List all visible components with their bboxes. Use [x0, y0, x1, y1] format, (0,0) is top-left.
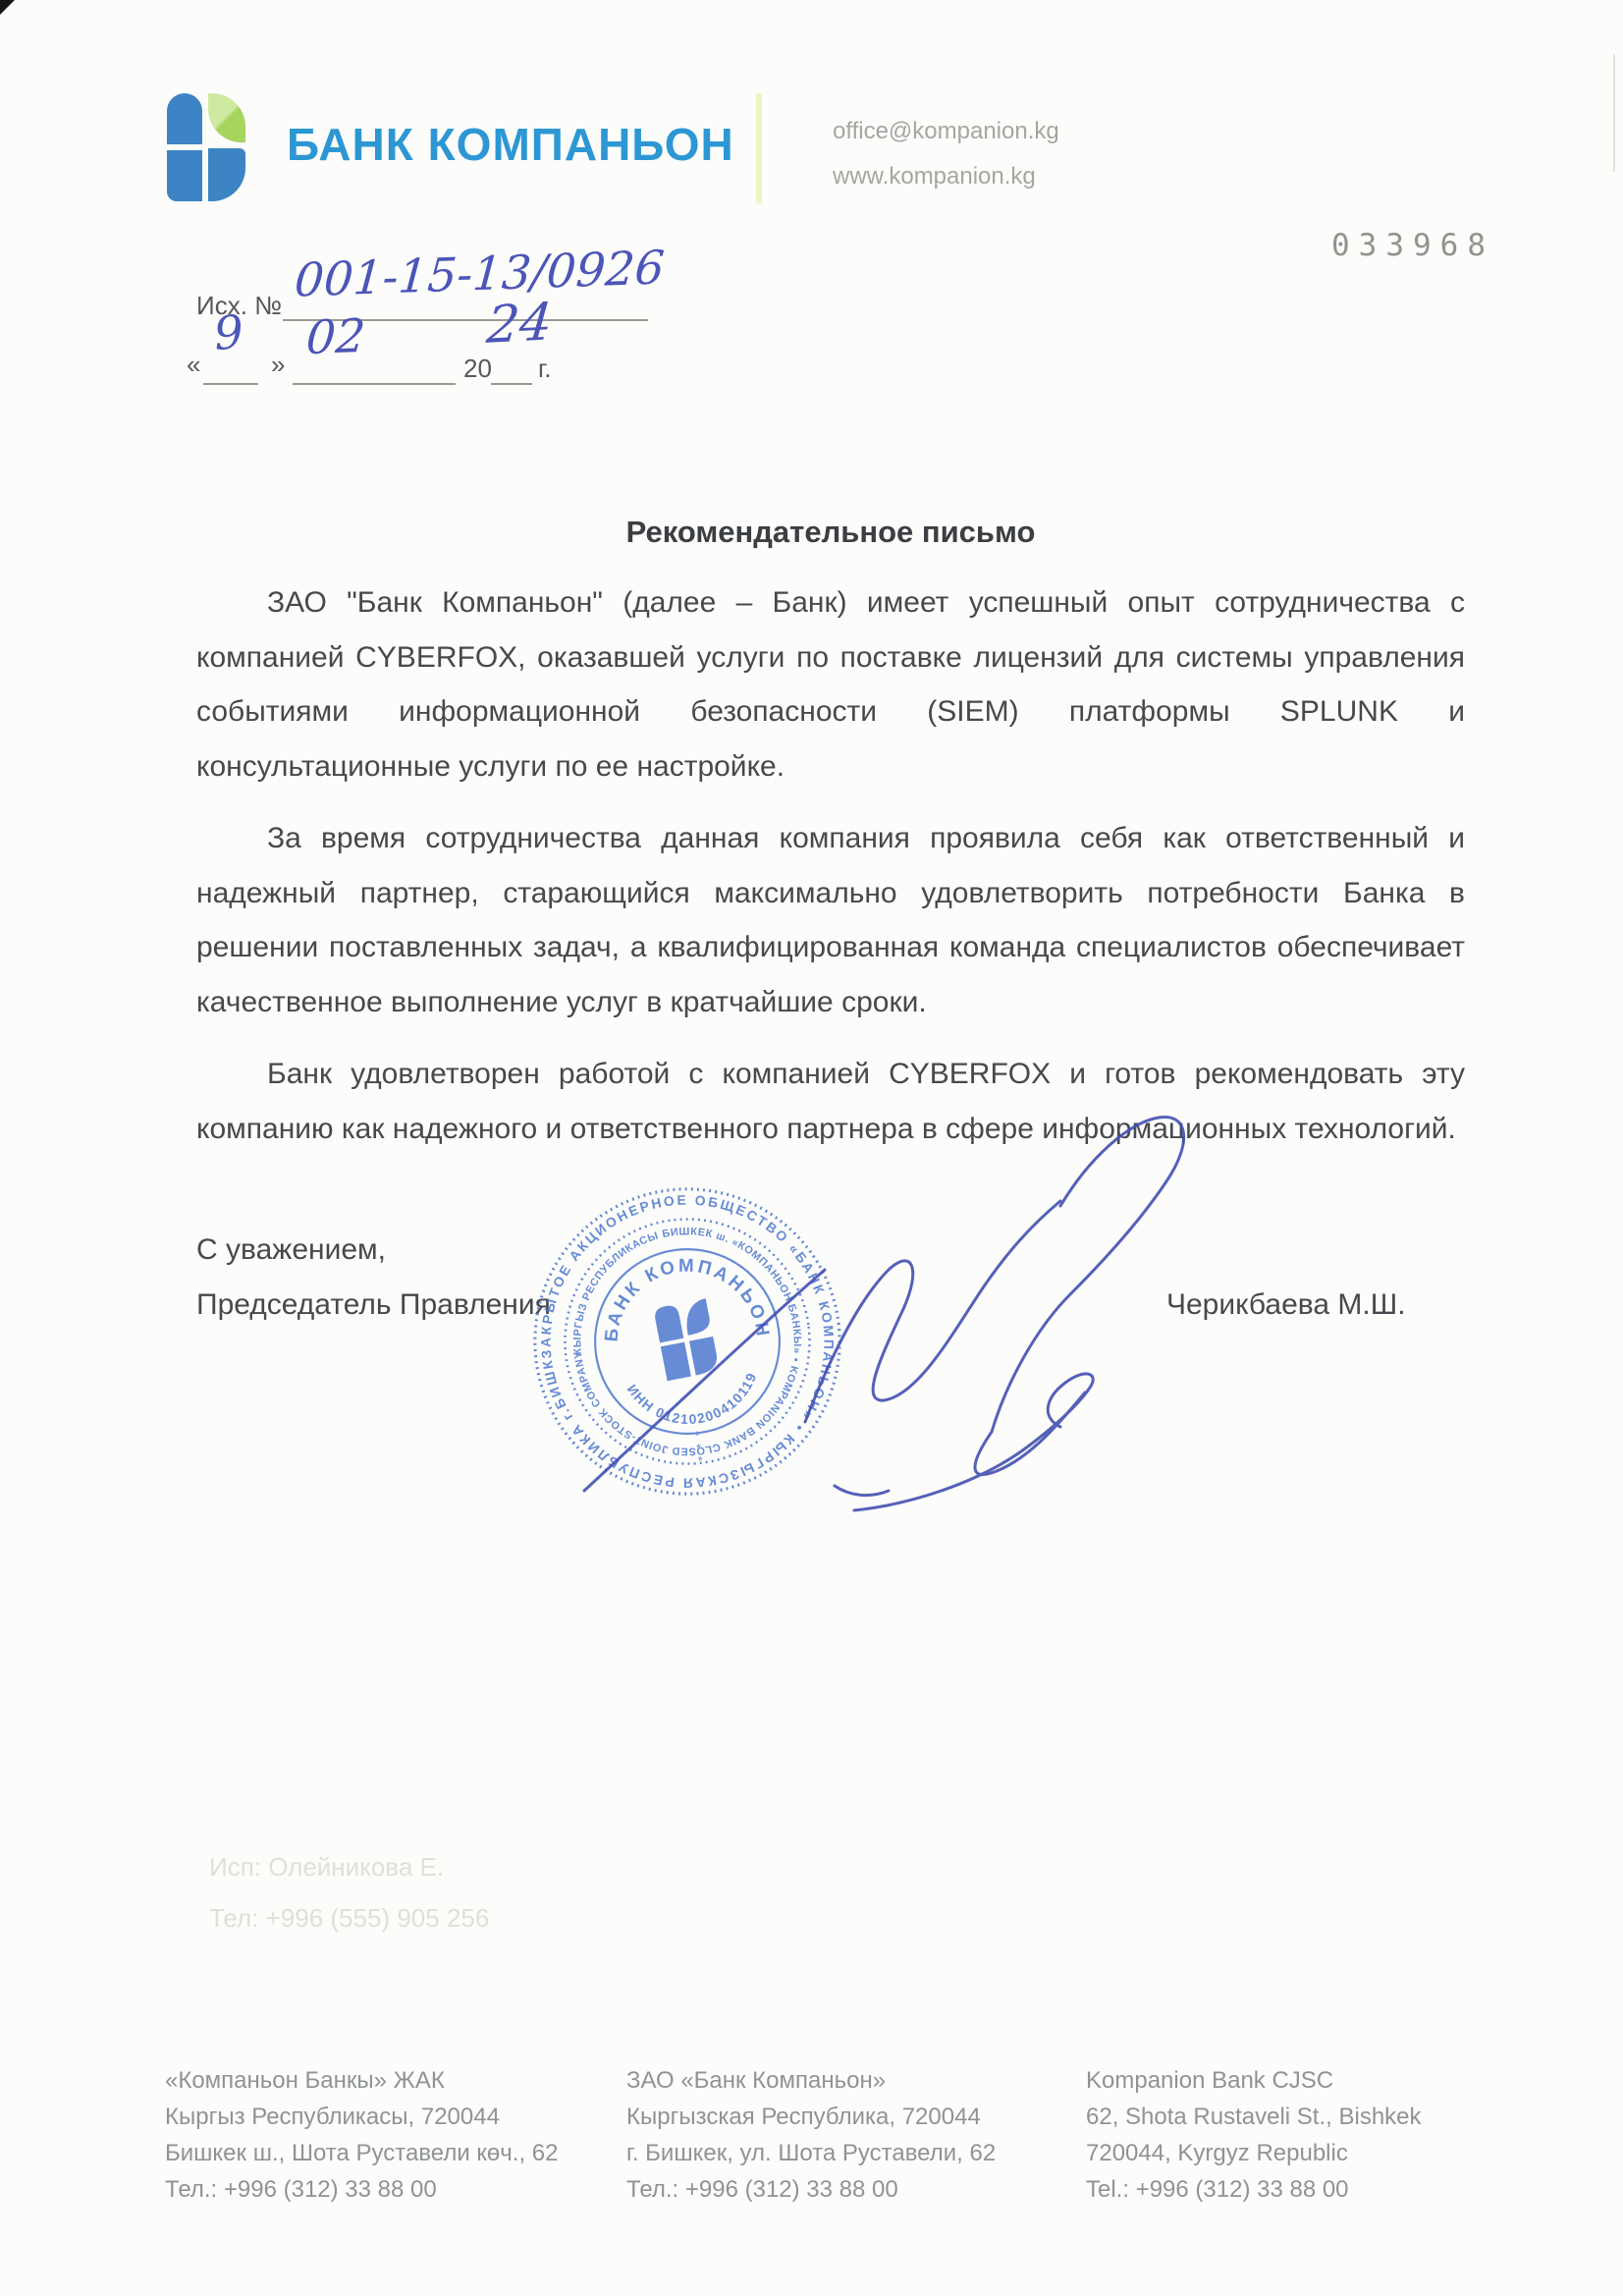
footer-line: Tel.: +996 (312) 33 88 00 [1086, 2171, 1557, 2208]
date-year-prefix: 20 [463, 354, 492, 384]
logo-petal-top-left [167, 93, 202, 144]
footer-line: «Компаньон Банкы» ЖАК [165, 2062, 607, 2099]
closing-salutation: С уважением, [196, 1233, 386, 1267]
paragraph-1: ЗАО "Банк Компаньон" (далее – Банк) имее… [196, 575, 1465, 793]
handwritten-signature [511, 1098, 1198, 1559]
header-website: www.kompanion.kg [833, 163, 1036, 191]
brand-wordmark: БАНК КОМПАНЬОН [287, 118, 734, 171]
footer-column-english: Kompanion Bank CJSC 62, Shota Rustaveli … [1086, 2062, 1557, 2208]
date-year-handwritten: 24 [484, 293, 554, 355]
footer-line: Кыргызская Республика, 720044 [626, 2099, 1068, 2135]
footer-line: Тел.: +996 (312) 33 88 00 [626, 2171, 1068, 2208]
footer-line: ЗАО «Банк Компаньон» [626, 2062, 1068, 2099]
executor-name: Исп: Олейникова Е. [209, 1852, 444, 1883]
letter-title: Рекомендательное письмо [196, 515, 1465, 550]
date-year-suffix: г. [538, 354, 552, 384]
scan-corner-artifact [0, 0, 15, 15]
footer-column-kyrgyz: «Компаньон Банкы» ЖАК Кыргыз Республикас… [165, 2062, 607, 2208]
date-close-quote: » [271, 350, 285, 380]
header-email: office@kompanion.kg [833, 118, 1059, 145]
date-day-handwritten: 9 [212, 305, 245, 361]
header-divider [756, 93, 762, 203]
footer-column-russian: ЗАО «Банк Компаньон» Кыргызская Республи… [626, 2062, 1068, 2208]
logo-leaf-green [208, 93, 245, 142]
footer-line: Kompanion Bank CJSC [1086, 2062, 1557, 2099]
footer-line: 720044, Kyrgyz Republic [1086, 2135, 1557, 2171]
signatory-title: Председатель Правления [196, 1288, 551, 1322]
footer-line: Кыргыз Республикасы, 720044 [165, 2099, 607, 2135]
scanned-letter-page: БАНК КОМПАНЬОН office@kompanion.kg www.k… [0, 0, 1623, 2296]
footer-line: г. Бишкек, ул. Шота Руставели, 62 [626, 2135, 1068, 2171]
date-month-handwritten: 02 [304, 309, 367, 365]
letter-body: ЗАО "Банк Компаньон" (далее – Банк) имее… [196, 575, 1465, 1174]
executor-phone: Тел: +996 (555) 905 256 [209, 1903, 489, 1934]
date-open-quote: « [187, 350, 200, 380]
scan-edge-artifact [1613, 54, 1615, 172]
signatory-name: Черикбаева М.Ш. [1166, 1288, 1406, 1322]
logo-petal-bottom-right [208, 148, 245, 201]
footer-line: Тел.: +996 (312) 33 88 00 [165, 2171, 607, 2208]
footer-line: 62, Shota Rustaveli St., Bishkek [1086, 2099, 1557, 2135]
paragraph-2: За время сотрудничества данная компания … [196, 811, 1465, 1029]
registration-stamp-number: 033968 [1331, 228, 1494, 263]
logo-petal-bottom-left [167, 150, 202, 201]
footer-line: Бишкек ш., Шота Руставели көч., 62 [165, 2135, 607, 2171]
bank-kompanion-logo-icon [167, 93, 247, 203]
